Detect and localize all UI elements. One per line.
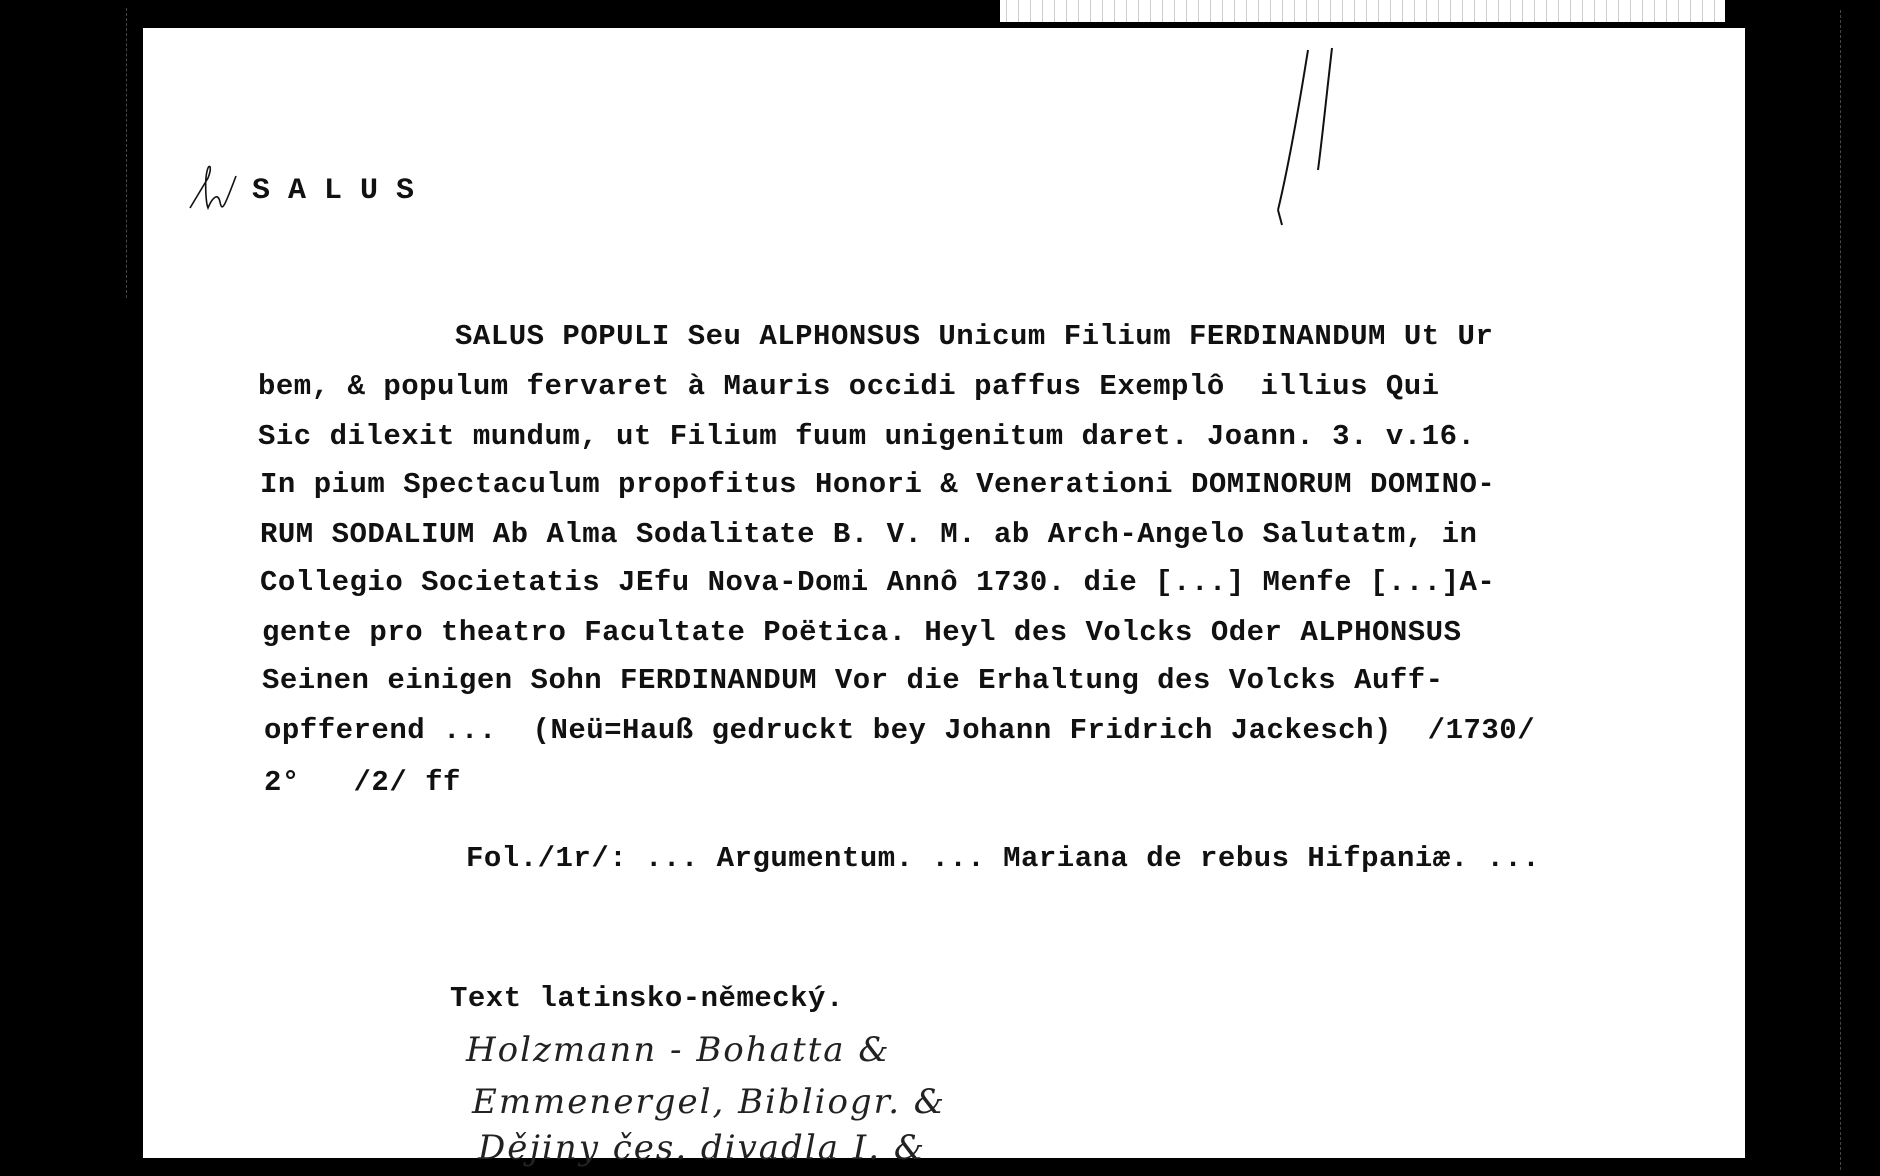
handwritten-note-2: Emmenergel, Bibliogr. & (472, 1082, 946, 1122)
body-line-6: Collegio Societatis JEfu Nova-Domi Annô … (260, 566, 1495, 599)
body-line-2: bem, & populum fervaret à Mauris occidi … (258, 370, 1440, 403)
body-line-1: SALUS POPULI Seu ALPHONSUS Unicum Filium… (455, 320, 1493, 353)
body-line-9: opfferend ... (Neü=Hauß gedruckt bey Joh… (264, 714, 1535, 747)
body-line-3: Sic dilexit mundum, ut Filium fuum unige… (258, 420, 1475, 453)
body-line-8: Seinen einigen Sohn FERDINANDUM Vor die … (262, 664, 1444, 697)
pen-stroke-marks (1230, 20, 1380, 230)
language-note: Text latinsko-německý. (450, 982, 844, 1015)
body-line-10: 2° /2/ ff (264, 766, 461, 799)
handwritten-mark (188, 158, 248, 218)
scan-noise-top (1000, 0, 1725, 22)
folio-note: Fol./1r/: ... Argumentum. ... Mariana de… (466, 842, 1540, 875)
body-line-7: gente pro theatro Facultate Poëtica. Hey… (262, 616, 1462, 649)
scan-edge-left (126, 8, 128, 298)
body-line-5: RUM SODALIUM Ab Alma Sodalitate B. V. M.… (260, 518, 1477, 551)
handwritten-note-1: Holzmann - Bohatta & (466, 1030, 891, 1070)
handwritten-note-3: Dějiny čes. divadla I. & (478, 1128, 926, 1168)
card-heading: SALUS (252, 174, 432, 208)
scan-edge-right (1840, 10, 1842, 1170)
body-line-4: In pium Spectaculum propofitus Honori & … (260, 468, 1495, 501)
